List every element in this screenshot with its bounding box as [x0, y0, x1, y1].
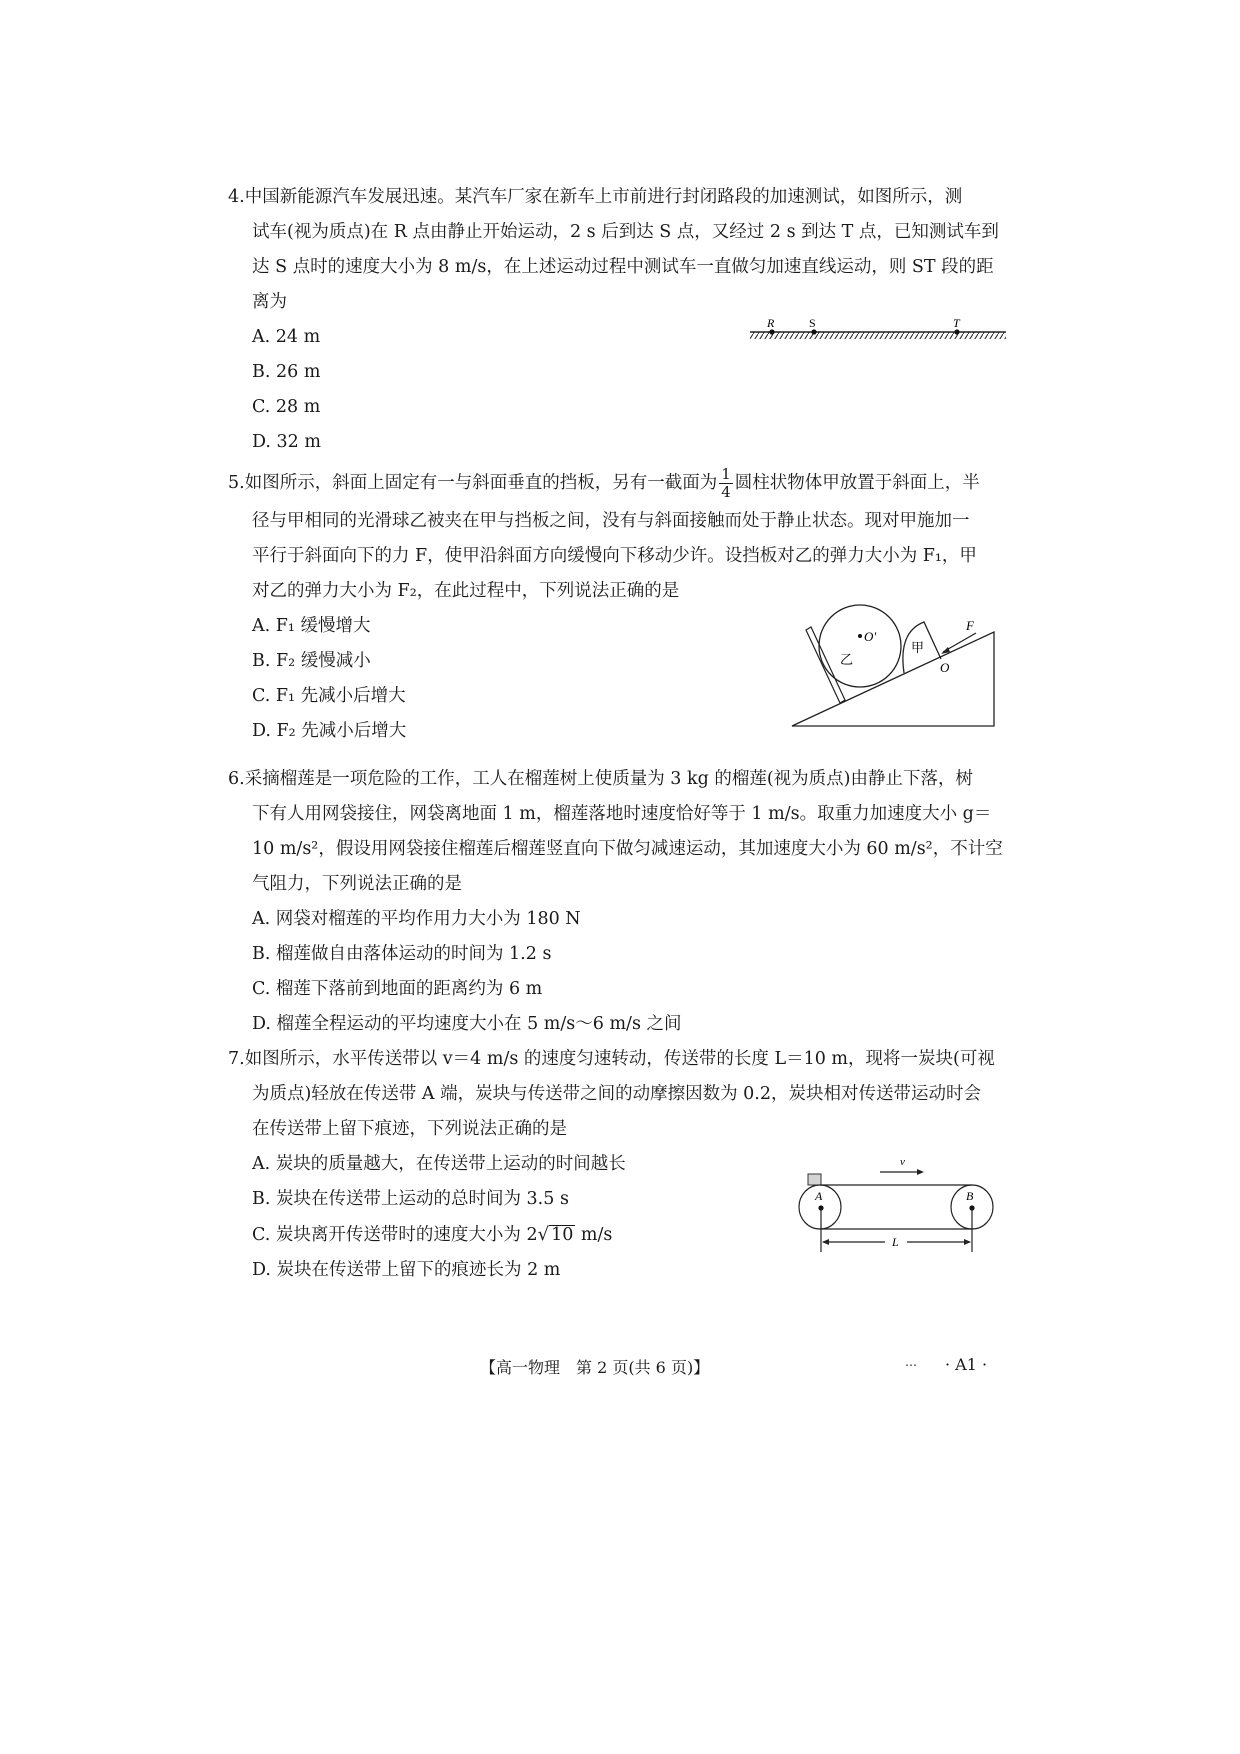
ball-yi — [819, 605, 901, 687]
question-4-line-4: 离为 — [228, 285, 998, 320]
label-s: S — [809, 318, 816, 330]
label-yi: 乙 — [840, 653, 853, 668]
page-footer: 【高一物理 第 2 页(共 6 页)】 — [480, 1355, 709, 1378]
question-4-line-3: 达 S 点时的速度大小为 8 m/s，在上述运动过程中测试车一直做匀加速直线运动… — [228, 250, 998, 285]
fraction-quarter: 14 — [719, 466, 733, 501]
radicand: 10 — [549, 1225, 575, 1244]
label-l: L — [891, 1235, 899, 1249]
question-number: 5. — [228, 473, 245, 493]
fraction-denominator: 4 — [719, 484, 733, 501]
question-number: 7. — [228, 1049, 245, 1069]
incline-figure: O′ 乙 甲 F O — [780, 580, 1020, 740]
center-o-prime — [858, 634, 862, 638]
question-6-line-2: 下有人用网袋接住，网袋离地面 1 m，榴莲落地时速度恰好等于 1 m/s。取重力… — [228, 797, 998, 832]
label-a: A — [814, 1189, 823, 1203]
option-b: B. 26 m — [228, 355, 998, 390]
question-text: 采摘榴莲是一项危险的工作，工人在榴莲树上使质量为 3 kg 的榴莲(视为质点)由… — [245, 769, 973, 789]
carbon-block — [808, 1174, 821, 1185]
exam-page: 4.中国新能源汽车发展迅速。某汽车厂家在新车上市前进行封闭路段的加速测试，如图所… — [0, 0, 1240, 1754]
option-d: D. 榴莲全程运动的平均速度大小在 5 m/s～6 m/s 之间 — [228, 1007, 998, 1042]
sqrt-icon: √ — [538, 1224, 549, 1245]
label-r: R — [766, 318, 775, 330]
label-jia: 甲 — [911, 641, 924, 656]
incline — [792, 632, 994, 726]
label-v: v — [900, 1156, 905, 1168]
option-d: D. 炭块在传送带上留下的痕迹长为 2 m — [228, 1253, 998, 1288]
paper-code: · A1 · — [945, 1355, 987, 1374]
fraction-numerator: 1 — [719, 466, 733, 484]
question-5-line-1: 5.如图所示，斜面上固定有一与斜面垂直的挡板，另有一截面为14圆柱状物体甲放置于… — [228, 462, 998, 504]
label-f: F — [965, 618, 975, 633]
option-a: A. 网袋对榴莲的平均作用力大小为 180 N — [228, 902, 998, 937]
question-text: 如图所示，斜面上固定有一与斜面垂直的挡板，另有一截面为 — [245, 473, 718, 493]
point-s — [811, 329, 816, 334]
question-text: 圆柱状物体甲放置于斜面上，半 — [735, 473, 980, 493]
question-number: 4. — [228, 187, 245, 207]
label-b: B — [966, 1189, 974, 1203]
label-t: T — [953, 318, 961, 330]
question-7-line-3: 在传送带上留下痕迹，下列说法正确的是 — [228, 1112, 998, 1147]
option-c: C. 28 m — [228, 390, 998, 425]
arrow-head-icon — [917, 1169, 924, 1175]
question-4-line-1: 4.中国新能源汽车发展迅速。某汽车厂家在新车上市前进行封闭路段的加速测试，如图所… — [228, 180, 998, 215]
question-number: 6. — [228, 769, 245, 789]
arrow-left-icon — [822, 1239, 829, 1245]
road-figure: R S T — [748, 318, 1008, 348]
label-o-prime: O′ — [864, 629, 876, 644]
question-6-line-3: 10 m/s²，假设用网袋接住榴莲后榴莲竖直向下做匀减速运动，其加速度大小为 6… — [228, 832, 998, 867]
question-6-line-1: 6.采摘榴莲是一项危险的工作，工人在榴莲树上使质量为 3 kg 的榴莲(视为质点… — [228, 762, 998, 797]
option-text: C. 炭块离开传送带时的速度大小为 2 — [252, 1225, 538, 1245]
question-text: 如图所示，水平传送带以 v＝4 m/s 的速度匀速转动，传送带的长度 L＝10 … — [245, 1049, 995, 1069]
question-4-line-2: 试车(视为质点)在 R 点由静止开始运动，2 s 后到达 S 点，又经过 2 s… — [228, 215, 998, 250]
option-text: m/s — [575, 1225, 612, 1245]
label-o: O — [940, 660, 950, 675]
option-c: C. 榴莲下落前到地面的距离约为 6 m — [228, 972, 998, 1007]
question-text: 中国新能源汽车发展迅速。某汽车厂家在新车上市前进行封闭路段的加速测试，如图所示，… — [245, 187, 963, 207]
question-7-line-1: 7.如图所示，水平传送带以 v＝4 m/s 的速度匀速转动，传送带的长度 L＝1… — [228, 1042, 998, 1077]
conveyor-figure: v A B L — [795, 1148, 1015, 1258]
footer-dots: … — [905, 1355, 917, 1369]
question-5-line-3: 平行于斜面向下的力 F，使甲沿斜面方向缓慢向下移动少许。设挡板对乙的弹力大小为 … — [228, 539, 998, 574]
point-t — [954, 329, 959, 334]
question-6-line-4: 气阻力，下列说法正确的是 — [228, 867, 998, 902]
option-b: B. 榴莲做自由落体运动的时间为 1.2 s — [228, 937, 998, 972]
option-d: D. 32 m — [228, 425, 998, 460]
arrow-right-icon — [964, 1239, 971, 1245]
question-7-line-2: 为质点)轻放在传送带 A 端，炭块与传送带之间的动摩擦因数为 0.2，炭块相对传… — [228, 1077, 998, 1112]
point-r — [769, 329, 774, 334]
question-5-line-2: 径与甲相同的光滑球乙被夹在甲与挡板之间，没有与斜面接触而处于静止状态。现对甲施加… — [228, 504, 998, 539]
question-6: 6.采摘榴莲是一项危险的工作，工人在榴莲树上使质量为 3 kg 的榴莲(视为质点… — [228, 762, 998, 1042]
